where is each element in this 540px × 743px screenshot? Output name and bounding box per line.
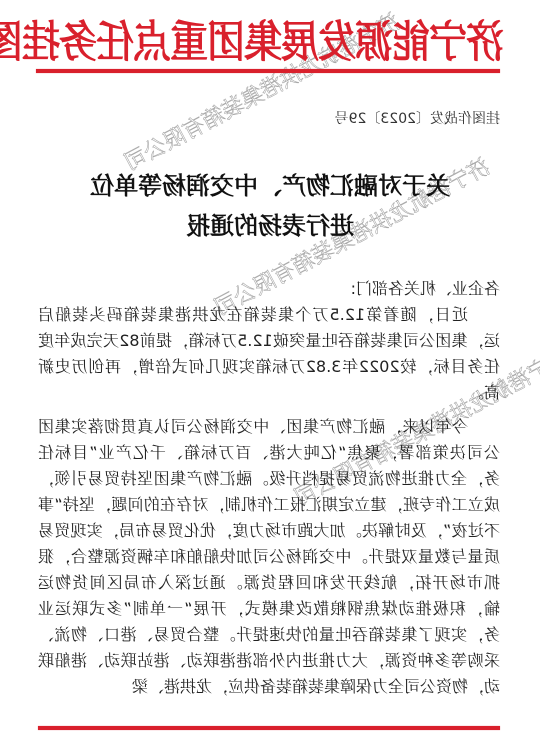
masthead-title: 济宁能源发展集团重点任务挂图作战总指挥部 (36, 12, 504, 72)
document-title-line1: 关于对融汇物产、中交润杨等单位 (40, 166, 500, 201)
document-body: 近日，随着第12.5万个集装箱在龙拱港集装箱码头装船启运，集团公司集装箱吞吐量突… (38, 302, 500, 700)
document-title-line2: 进行表扬的通报 (40, 206, 500, 241)
body-paragraph: 近日，随着第12.5万个集装箱在龙拱港集装箱码头装船启运，集团公司集装箱吞吐量突… (38, 302, 500, 406)
body-paragraph: 今年以来，融汇物产集团、中交润杨公司认真贯彻落实集团公司决策部署，聚焦“亿吨大港… (38, 414, 500, 700)
document-page: 济宁港航龙拱港集装箱有限公司 济宁港航龙拱港集装箱有限公司 济宁港航龙拱港集装箱… (0, 0, 540, 743)
document-number: 挂图作战发〔2023〕29号 (40, 108, 500, 128)
salutation: 各企业、机关各部门: (351, 276, 500, 299)
red-divider-bottom (38, 726, 500, 730)
red-divider-top (36, 69, 500, 73)
